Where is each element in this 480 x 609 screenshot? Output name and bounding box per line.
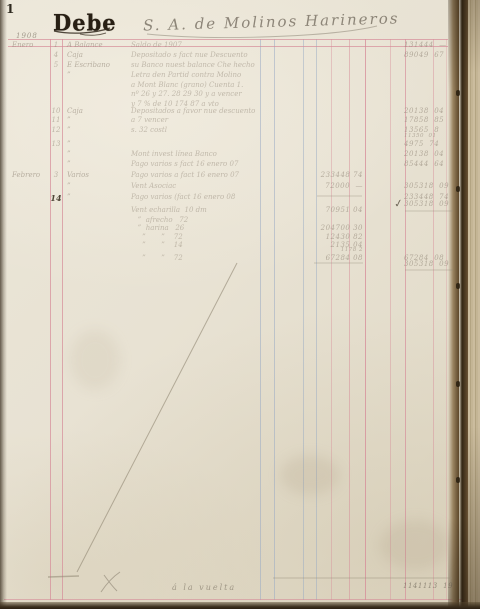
entry-amount-inner: 72000 — bbox=[314, 182, 363, 190]
horizontal-rule bbox=[8, 39, 448, 40]
entry-account: ” bbox=[67, 140, 129, 148]
footer-flourish-mark bbox=[101, 572, 120, 592]
entry-description: a Mont Blanc (grano) Cuenta 1. bbox=[131, 81, 263, 89]
entry-amount-right: 20138 04 bbox=[404, 107, 452, 115]
entry-amount-inner: 204700 30 bbox=[314, 224, 363, 232]
paper-stain bbox=[70, 330, 120, 390]
entry-amount-right: 4975 74 bbox=[404, 140, 452, 148]
year-note: 1908 bbox=[16, 32, 38, 40]
entry-amount-inner: 233448 74 bbox=[314, 171, 363, 179]
entry-account: Varios bbox=[67, 171, 129, 179]
entry-amount-right: 11350 01 bbox=[404, 133, 452, 139]
entry-day: 1 bbox=[49, 41, 63, 49]
ledger-page: 1 Debe S. A. de Molinos Harineros 1908 E… bbox=[0, 0, 480, 609]
entry-amount-right: 17858 85 bbox=[404, 116, 452, 124]
entry-amount-right: 89049 67 bbox=[404, 51, 452, 59]
entry-day: 13 bbox=[49, 140, 63, 148]
entry-amount-inner: 12430 82 bbox=[314, 233, 363, 241]
strike-base-line bbox=[48, 576, 79, 577]
entry-description: nº 26 y 27. 28 29 30 y a vencer bbox=[131, 90, 263, 98]
entry-account: ” bbox=[67, 160, 129, 168]
account-title: S. A. de Molinos Harineros bbox=[143, 10, 393, 35]
entry-account: ” bbox=[67, 71, 129, 79]
entry-description: a 7 vencer bbox=[131, 116, 263, 124]
check-mark: ✓ bbox=[393, 196, 404, 210]
entry-account: ” bbox=[67, 182, 129, 190]
entry-amount-inner: 1178 2 bbox=[314, 247, 363, 253]
entry-description: Vent Asociac bbox=[131, 182, 263, 190]
ledger-row: Febrero3VariosPago varios a fact 16 ener… bbox=[0, 171, 480, 182]
entry-account: Caja bbox=[67, 51, 129, 59]
entry-day: 5 bbox=[49, 61, 63, 69]
entry-month: Enero bbox=[12, 41, 50, 49]
ledger-row: ”Vent Asociac72000 —305318 09 bbox=[0, 182, 480, 193]
entry-description: Saldo de 1907 bbox=[131, 41, 263, 49]
entry-description: ” harina 26 bbox=[131, 224, 263, 232]
entry-account: E Escribano bbox=[67, 61, 129, 69]
entry-amount-right: 85444 64 bbox=[404, 160, 452, 168]
entry-amount-right: 20138 04 bbox=[404, 150, 452, 158]
paper-stain bbox=[280, 455, 340, 495]
carry-forward-note: á la vuelta bbox=[172, 583, 236, 592]
binding-stitch bbox=[456, 283, 460, 289]
entry-day: 3 bbox=[49, 171, 63, 179]
entry-amount-right: 305318 09 bbox=[404, 182, 452, 190]
page-number: 1 bbox=[6, 2, 14, 16]
entry-description: Depositado s fact nue Descuento bbox=[131, 51, 263, 59]
carry-forward-total: 1141113 19 bbox=[403, 582, 453, 590]
binding-stitch bbox=[456, 381, 460, 387]
entry-description: Vent echarilla 10 dm bbox=[131, 206, 263, 214]
page-bottom-edge bbox=[0, 602, 480, 609]
entry-account: Caja bbox=[67, 107, 129, 115]
ledger-row: 305318 09 bbox=[0, 260, 480, 271]
ledger-row: ”Pago varios s fact 16 enero 0785444 64 bbox=[0, 160, 480, 171]
binding-stitch bbox=[456, 477, 460, 483]
entry-description: su Banco nuest balance Che hecho bbox=[131, 61, 263, 69]
paper-stain bbox=[380, 520, 450, 570]
diagonal-strike-line bbox=[77, 263, 237, 572]
entry-description: Mont invest línea Banco bbox=[131, 150, 263, 158]
entry-account: ” bbox=[67, 150, 129, 158]
entry-account: A Balance bbox=[67, 41, 129, 49]
entry-day: 11 bbox=[49, 116, 63, 124]
entry-day: 10 bbox=[49, 107, 63, 115]
entry-description: Pago varios a fact 16 enero 07 bbox=[131, 171, 263, 179]
entry-description: ” afrecho 72 bbox=[131, 216, 263, 224]
entry-day: 4 bbox=[49, 51, 63, 59]
debit-header: Debe bbox=[53, 9, 117, 36]
entry-description: ” ” 72 bbox=[131, 233, 263, 241]
entry-description: Depositados a favor nue descuento bbox=[131, 107, 263, 115]
entry-amount-inner: 70951 04 bbox=[314, 206, 363, 214]
entry-amount-right: 131444 — bbox=[404, 41, 452, 49]
entry-description: Pago varios s fact 16 enero 07 bbox=[131, 160, 263, 168]
entry-description: Letra den Partid contra Molino bbox=[131, 71, 263, 79]
horizontal-rule bbox=[4, 599, 466, 600]
entry-account: ” bbox=[67, 116, 129, 124]
entry-month: Febrero bbox=[12, 171, 50, 179]
entry-amount-right: 305318 09 bbox=[404, 260, 452, 268]
